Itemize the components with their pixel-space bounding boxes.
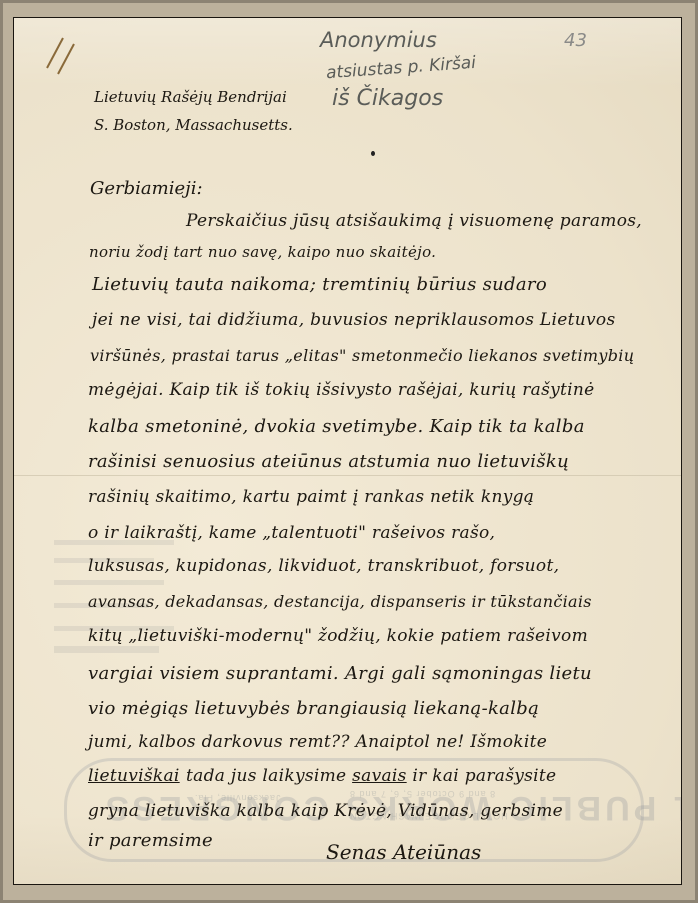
underlined-word: savais — [352, 766, 407, 786]
letter-body-line: mėgėjai. Kaip tik iš tokių išsivysto raš… — [88, 380, 594, 400]
staple-mark-icon — [57, 44, 75, 75]
pencil-note-line: Anonymius — [320, 28, 437, 52]
letter-body-line: vio mėgiąs lietuvybės brangiausią liekan… — [88, 698, 539, 719]
addressee-line: S. Boston, Massachusetts. — [94, 116, 293, 134]
letter-body-line: luksusas, kupidonas, likviduot, transkri… — [88, 556, 559, 576]
pencil-note-line: iš Čikagos — [332, 86, 443, 111]
ink-dot — [371, 151, 375, 156]
letter-body-line: ir paremsime — [88, 830, 213, 851]
letter-body-line: o ir laikraštį, kame „talentuoti" rašeiv… — [88, 523, 495, 543]
letter-body-line: Perskaičius jūsų atsišaukimą į visuomenę… — [186, 211, 642, 231]
paper-fold-line — [14, 475, 681, 476]
page-number: 43 — [564, 30, 587, 51]
background-stamp-subline: 8 and 9 October 5, 6, 7 and 8 — [349, 789, 495, 799]
pencil-note-line: atsiustas p. Kiršai — [325, 53, 476, 83]
text-fragment: ir kai parašysite — [407, 766, 557, 786]
letter-page: 1461 PUBLIC WORKS CONGRESS HOTEL GEORGE … — [13, 17, 682, 885]
text-fragment: tada jus laikysime — [186, 766, 352, 786]
letter-body-line: gryna lietuviška kalba kaip Krėvė, Vidūn… — [88, 801, 563, 821]
letter-body-line: jei ne visi, tai didžiuma, buvusios nepr… — [92, 310, 615, 330]
letter-body-line: lietuviškai — [88, 766, 180, 786]
letter-body-line: rašinių skaitimo, kartu paimt į rankas n… — [88, 487, 534, 507]
bleed-through-text — [54, 580, 164, 585]
salutation: Gerbiamieji: — [90, 178, 203, 199]
letter-body-line: kitų „lietuviški-modernų" žodžių, kokie … — [88, 626, 588, 646]
letter-body-line: kalba smetoninė, dvokia svetimybe. Kaip … — [88, 416, 585, 437]
letter-body-line: Lietuvių tauta naikoma; tremtinių būrius… — [92, 274, 547, 295]
bleed-through-text — [54, 646, 159, 653]
letter-body-line: viršūnės, prastai tarus „elitas" smetonm… — [90, 346, 634, 365]
underlined-word: lietuviškai — [88, 766, 180, 786]
addressee-line: Lietuvių Rašėjų Bendrijai — [94, 88, 287, 106]
letter-body-line-rest: tada jus laikysime savais ir kai parašys… — [186, 766, 556, 786]
letter-body-line: jumi, kalbos darkovus remt?? Anaiptol ne… — [88, 732, 547, 752]
letter-body-line: noriu žodį tart nuo savę, kaipo nuo skai… — [89, 243, 436, 261]
letter-body-line: avansas, dekadansas, destancija, dispans… — [88, 592, 592, 611]
letter-body-line: vargiai visiem suprantami. Argi gali sąm… — [88, 663, 592, 684]
signature: Senas Ateiūnas — [326, 840, 481, 864]
letter-body-line: rašinisi senuosius ateiūnus atstumia nuo… — [88, 451, 569, 472]
